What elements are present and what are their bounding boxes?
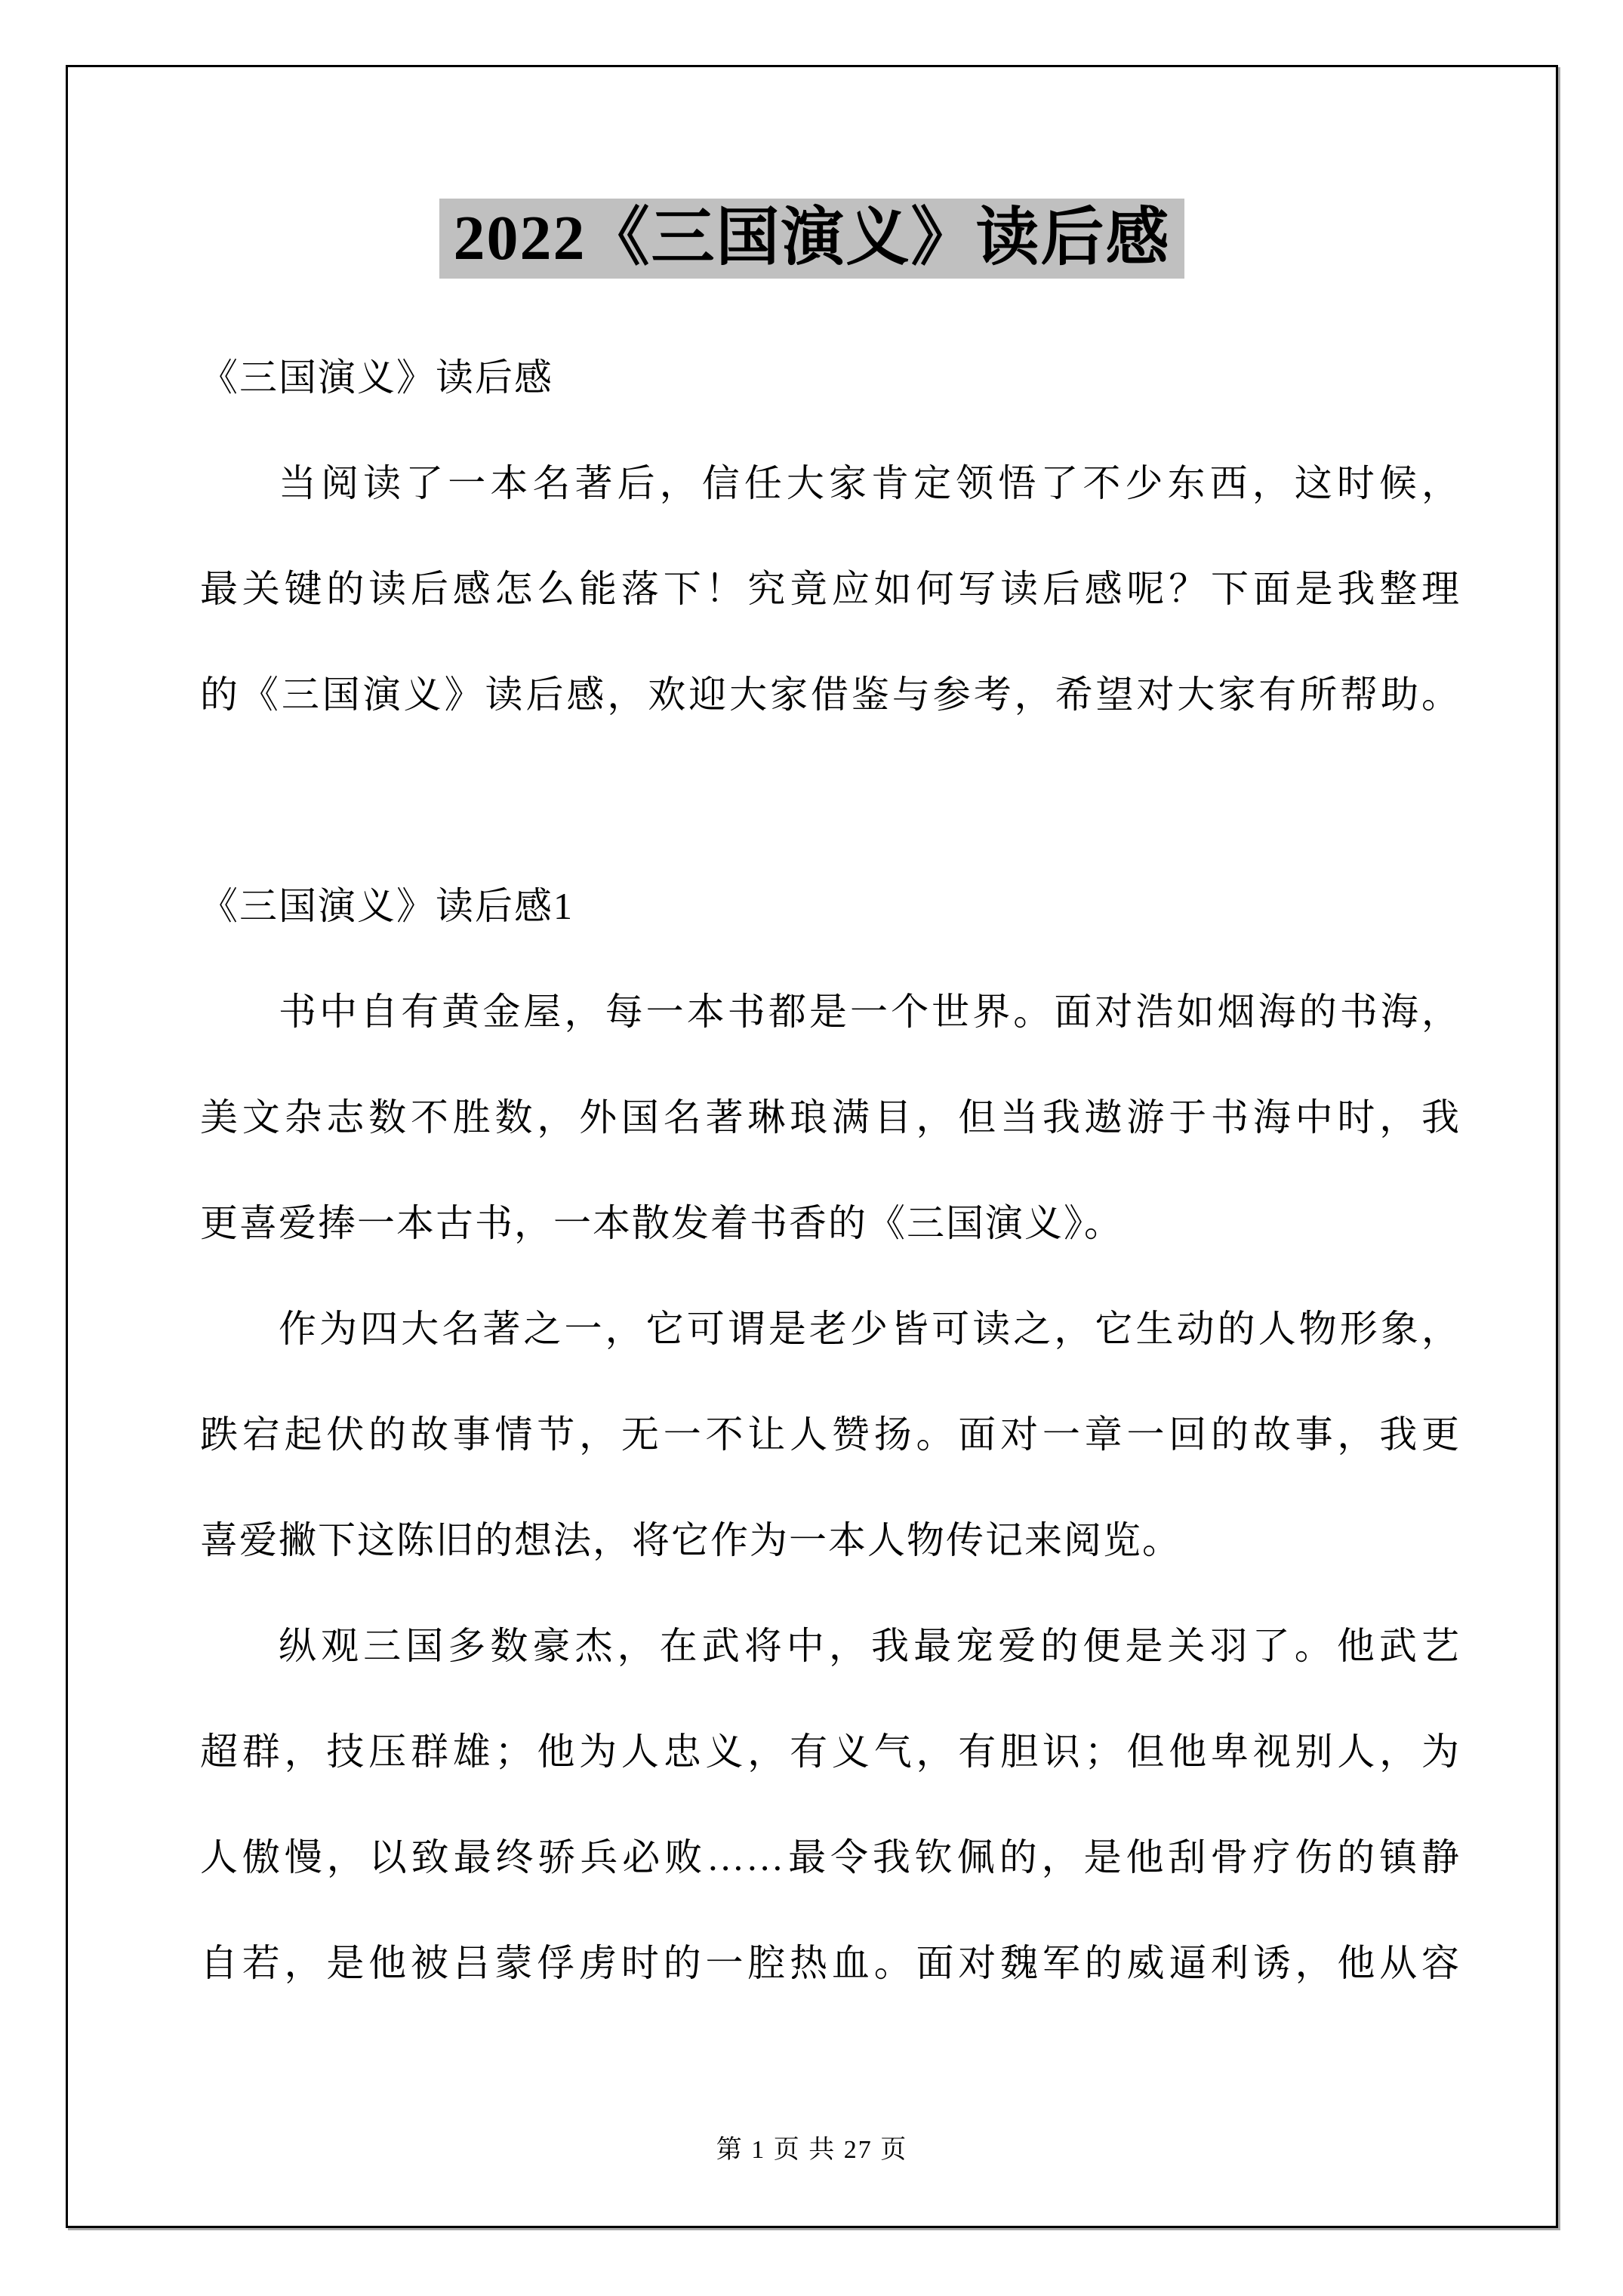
text-line: 跌宕起伏的故事情节，无一不让人赞扬。面对一章一回的故事，我更 [200,1382,1461,1487]
text-line: 当阅读了一本名著后，信任大家肯定领悟了不少东西，这时候， [200,430,1461,536]
page-footer: 第 1 页 共 27 页 [66,2128,1558,2173]
text-line: 最关键的读后感怎么能落下！究竟应如何写读后感呢？下面是我整理 [200,536,1461,642]
document-canvas: 2022《三国演义》读后感 《三国演义》读后感 当阅读了一本名著后，信任大家肯定… [0,0,1623,2296]
text-line: 人傲慢，以致最终骄兵必败……最令我钦佩的，是他刮骨疗伤的镇静 [200,1804,1461,1910]
document-title: 2022《三国演义》读后感 [439,199,1184,279]
text-line: 超群，技压群雄；他为人忠义，有义气，有胆识；但他卑视别人，为 [200,1699,1461,1804]
subtitle-line: 《三国演义》读后感 [200,325,1461,430]
section-heading-line: 《三国演义》读后感1 [200,853,1461,959]
text-line: 书中自有黄金屋，每一本书都是一个世界。面对浩如烟海的书海， [200,959,1461,1065]
text-line: 的《三国演义》读后感，欢迎大家借鉴与参考，希望对大家有所帮助。 [200,642,1461,747]
document-body: 《三国演义》读后感 当阅读了一本名著后，信任大家肯定领悟了不少东西，这时候， 最… [200,325,1461,2016]
text-line: 纵观三国多数豪杰，在武将中，我最宠爱的便是关羽了。他武艺 [200,1593,1461,1699]
text-line: 美文杂志数不胜数，外国名著琳琅满目，但当我遨游于书海中时，我 [200,1065,1461,1170]
text-line: 更喜爱捧一本古书，一本散发着书香的《三国演义》。 [200,1170,1461,1276]
title-row: 2022《三国演义》读后感 [66,199,1558,279]
text-line: 自若，是他被吕蒙俘虏时的一腔热血。面对魏军的威逼利诱，他从容 [200,1910,1461,2016]
text-line: 作为四大名著之一，它可谓是老少皆可读之，它生动的人物形象， [200,1276,1461,1382]
text-line: 喜爱撇下这陈旧的想法，将它作为一本人物传记来阅览。 [200,1487,1461,1593]
